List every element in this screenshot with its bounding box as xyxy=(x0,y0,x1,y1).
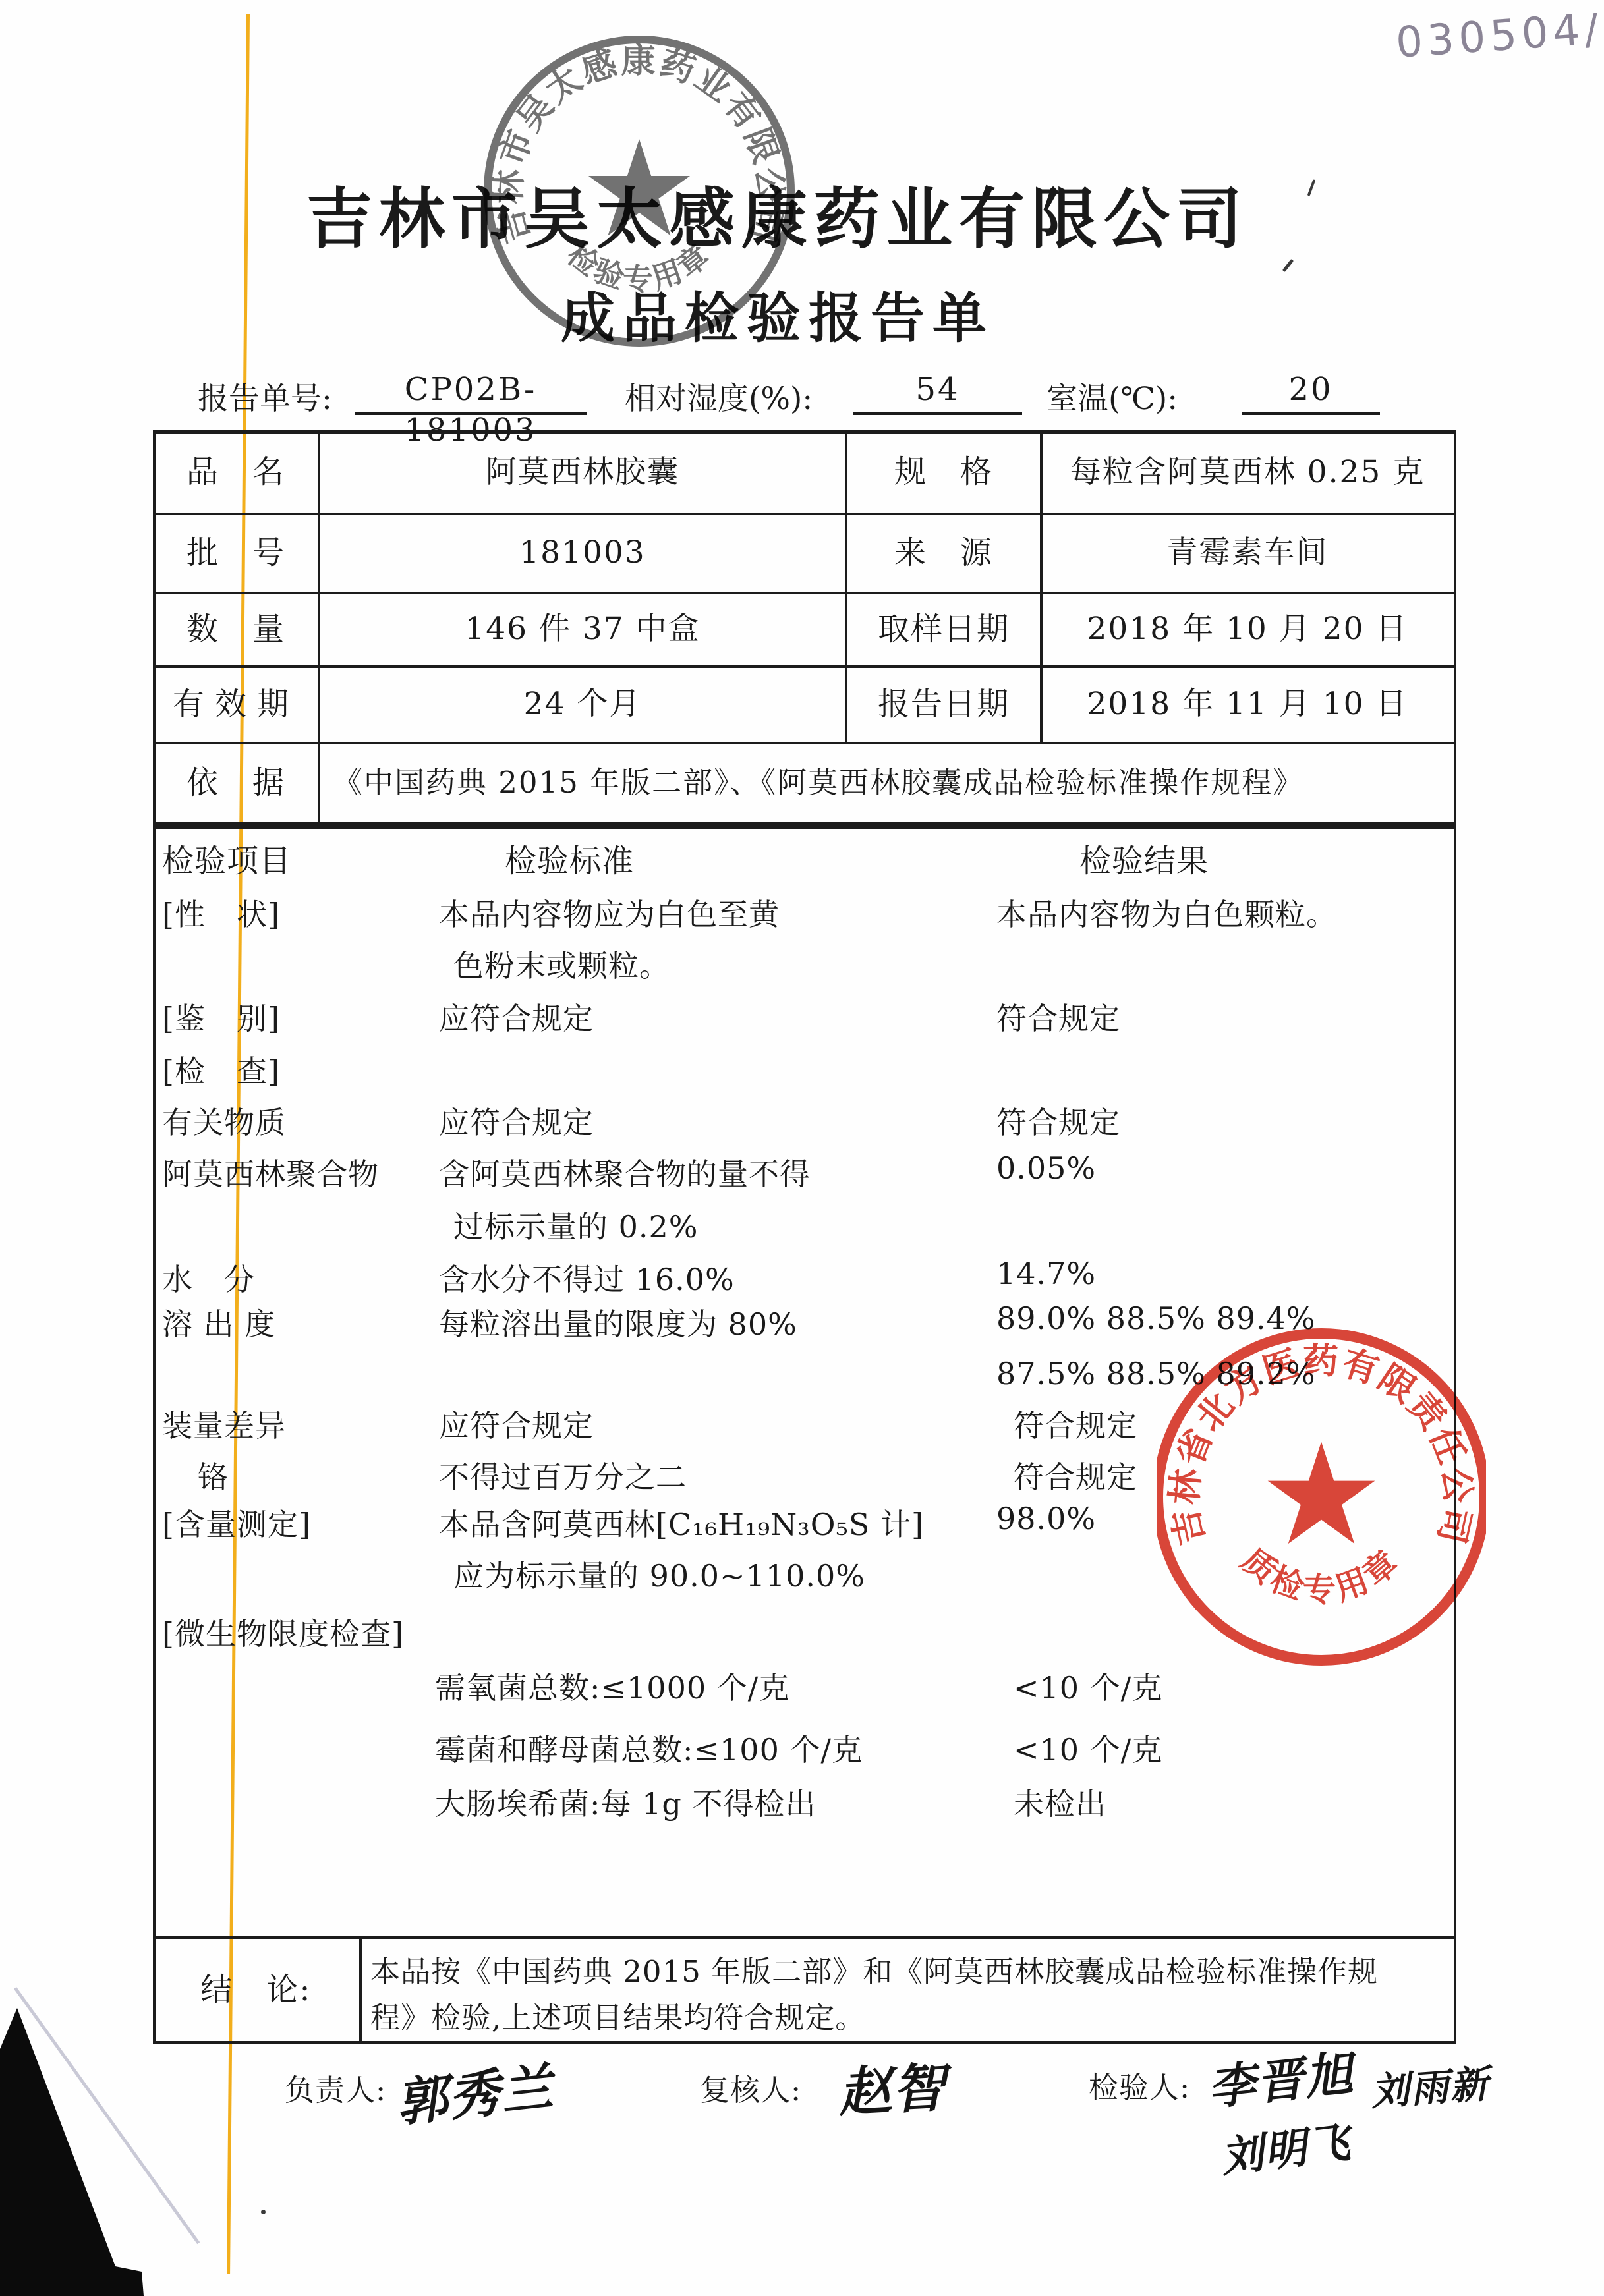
item-standard-mold-yeast-count: 霉菌和酵母菌总数:≤100 个/克 xyxy=(435,1726,863,1770)
item-name-assay: [含量测定] xyxy=(162,1501,311,1544)
inspector-signature-2: 刘雨新 xyxy=(1369,2053,1491,2116)
field-value-validity: 24 个月 xyxy=(319,667,846,742)
field-value-source: 青霉素车间 xyxy=(1041,514,1454,592)
black-inspection-stamp: 吉林市吴太感康药业有限公司 检验专用章 xyxy=(474,20,804,362)
reviewer-label: 复核人: xyxy=(700,2066,801,2109)
field-label-product-name: 品 名 xyxy=(153,432,319,513)
item-result-identification: 符合规定 xyxy=(996,995,1120,1038)
inspector-label: 检验人: xyxy=(1089,2063,1190,2106)
item-standard-assay: 本品含阿莫西林[C₁₆H₁₉N₃O₅S 计] xyxy=(439,1501,924,1544)
item-name-examination: [检 查] xyxy=(162,1048,280,1091)
field-label-validity: 有效期 xyxy=(153,667,319,742)
item-standard-polymer: 含阿莫西林聚合物的量不得 xyxy=(439,1150,811,1194)
humidity-value: 54 xyxy=(853,369,1022,415)
svg-text:质检专用章: 质检专用章 xyxy=(1234,1540,1408,1609)
item-result-related-substances: 符合规定 xyxy=(996,1099,1120,1142)
ink-speck xyxy=(1282,259,1294,272)
star-icon xyxy=(1268,1442,1375,1544)
field-label-source: 来 源 xyxy=(846,514,1041,592)
item-name-microbial-limits: [微生物限度检查] xyxy=(162,1610,404,1654)
field-value-spec: 每粒含阿莫西林 0.25 克 xyxy=(1041,432,1454,513)
room-temp-label: 室温(℃): xyxy=(1046,374,1178,418)
item-result-polymer: 0.05% xyxy=(996,1150,1096,1186)
item-standard-character-line2: 色粉末或颗粒。 xyxy=(453,942,670,986)
item-standard-identification: 应符合规定 xyxy=(439,995,594,1038)
conclusion-text-line1: 本品按《中国药典 2015 年版二部》和《阿莫西林胶囊成品检验标准操作规 xyxy=(370,1947,1378,1990)
column-header-item: 检验项目 xyxy=(162,835,291,881)
item-result-assay: 98.0% xyxy=(996,1501,1096,1536)
item-name-identification: [鉴 别] xyxy=(162,995,280,1038)
svg-text:检验专用章: 检验专用章 xyxy=(561,236,718,296)
field-value-report-date: 2018 年 11 月 10 日 xyxy=(1041,667,1454,742)
table-border-right xyxy=(1454,430,1456,2044)
item-standard-dissolution: 每粒溶出量的限度为 80% xyxy=(439,1301,797,1344)
item-result-ecoli: 未检出 xyxy=(1014,1780,1106,1824)
item-name-character: [性 状] xyxy=(162,891,280,934)
item-result-moisture: 14.7% xyxy=(996,1256,1096,1291)
stamp-label-arc-text: 质检专用章 xyxy=(1234,1540,1408,1609)
field-value-basis: 《中国药典 2015 年版二部》、《阿莫西林胶囊成品检验标准操作规程》 xyxy=(333,743,1453,822)
item-result-mold-yeast-count: <10 个/克 xyxy=(1014,1726,1162,1770)
table-thick-divider xyxy=(153,822,1456,829)
star-icon xyxy=(588,139,690,236)
ink-speck xyxy=(1307,179,1316,196)
item-result-aerobic-count: <10 个/克 xyxy=(1014,1664,1162,1708)
reviewer-signature: 赵智 xyxy=(836,2045,948,2126)
field-label-report-date: 报告日期 xyxy=(846,667,1041,742)
item-standard-related-substances: 应符合规定 xyxy=(439,1099,594,1142)
field-value-batch-no: 181003 xyxy=(319,514,846,592)
field-label-basis: 依 据 xyxy=(153,743,319,822)
conclusion-text-line2: 程》检验,上述项目结果均符合规定。 xyxy=(370,1994,865,2036)
column-header-standard: 检验标准 xyxy=(505,835,634,881)
column-header-result: 检验结果 xyxy=(1079,835,1209,881)
field-label-sampling-date: 取样日期 xyxy=(846,593,1041,665)
field-label-quantity: 数 量 xyxy=(153,593,319,665)
item-name-related-substances: 有关物质 xyxy=(162,1099,286,1142)
scanned-report-page: 030504/ 吉林市吴太感康药业有限公司 成品检验报告单 报告单号: CP02… xyxy=(0,0,1604,2296)
field-value-product-name: 阿莫西林胶囊 xyxy=(319,432,846,513)
item-standard-assay-line2: 应为标示量的 90.0~110.0% xyxy=(453,1552,865,1596)
item-standard-aerobic-count: 需氧菌总数:≤1000 个/克 xyxy=(435,1664,789,1708)
field-value-quantity: 146 件 37 中盒 xyxy=(319,593,846,665)
room-temp-value: 20 xyxy=(1242,369,1380,415)
handwritten-corner-number: 030504/ xyxy=(1394,5,1604,68)
item-name-moisture: 水 分 xyxy=(162,1256,255,1299)
report-no-value: CP02B-181003 xyxy=(355,369,587,415)
inspector-signature-3: 刘明飞 xyxy=(1217,2108,1354,2184)
item-standard-character: 本品内容物应为白色至黄 xyxy=(439,891,780,934)
item-standard-ecoli: 大肠埃希菌:每 1g 不得检出 xyxy=(435,1780,816,1824)
item-standard-weight-variation: 应符合规定 xyxy=(439,1402,594,1445)
item-result-chromium: 符合规定 xyxy=(1014,1453,1137,1497)
item-name-dissolution: 溶 出 度 xyxy=(162,1301,275,1344)
item-result-character: 本品内容物为白色颗粒。 xyxy=(996,891,1337,934)
item-name-weight-variation: 装量差异 xyxy=(162,1402,286,1445)
humidity-label: 相对湿度(%): xyxy=(625,374,813,418)
item-name-chromium: 铬 xyxy=(198,1453,229,1497)
item-standard-chromium: 不得过百万分之二 xyxy=(439,1453,687,1497)
field-label-spec: 规 格 xyxy=(846,432,1041,513)
field-value-sampling-date: 2018 年 10 月 20 日 xyxy=(1041,593,1454,665)
item-name-polymer: 阿莫西林聚合物 xyxy=(162,1150,379,1194)
item-standard-polymer-line2: 过标示量的 0.2% xyxy=(453,1203,699,1246)
item-standard-moisture: 含水分不得过 16.0% xyxy=(439,1256,735,1299)
stamp-label-arc-text: 检验专用章 xyxy=(561,236,718,296)
inspector-signature-1: 李晋旭 xyxy=(1204,2035,1357,2119)
item-result-weight-variation: 符合规定 xyxy=(1014,1402,1137,1445)
responsible-person-signature: 郭秀兰 xyxy=(392,2046,557,2136)
responsible-person-label: 负责人: xyxy=(285,2066,386,2109)
conclusion-col-divider xyxy=(359,1936,362,2044)
red-qc-stamp: 吉林省北方医药有限责任公司 质检专用章 xyxy=(1157,1326,1486,1668)
field-label-batch-no: 批 号 xyxy=(153,514,319,592)
report-no-label: 报告单号: xyxy=(198,374,332,418)
